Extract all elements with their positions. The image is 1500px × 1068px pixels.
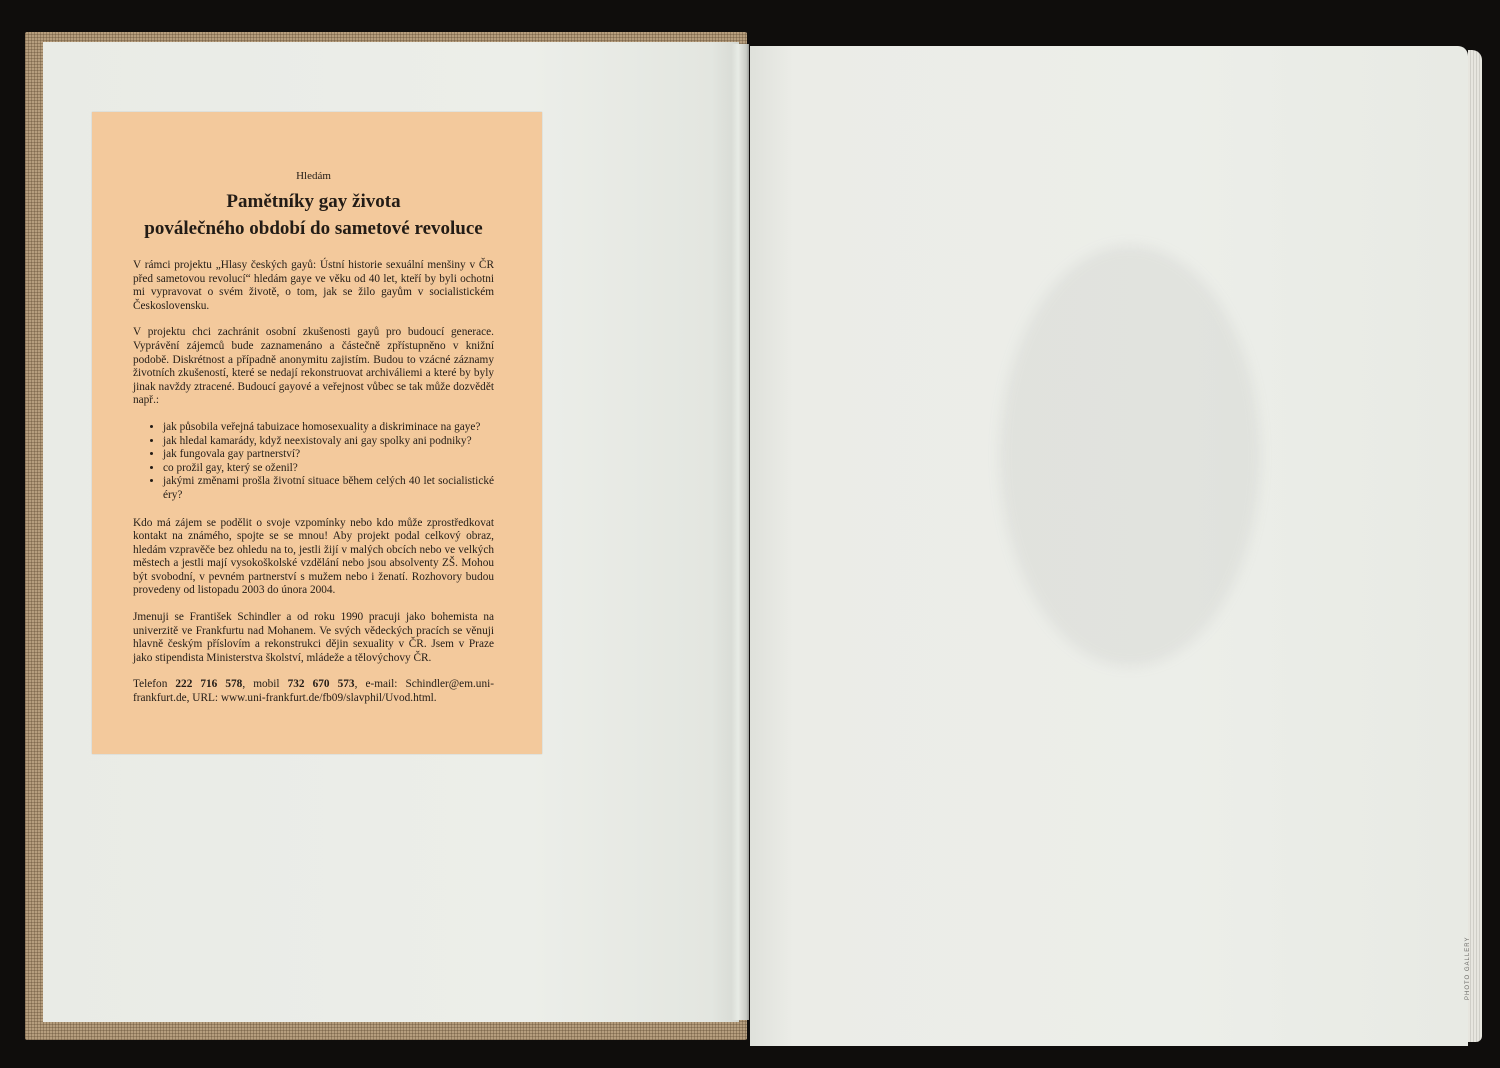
phone-number: 222 716 578 xyxy=(175,678,242,690)
list-item: jak působila veřejná tabuizace homosexua… xyxy=(163,421,494,435)
flyer-title-line1: Pamětníky gay života xyxy=(226,191,400,212)
page-stain xyxy=(1000,246,1260,666)
page-edges xyxy=(1468,50,1482,1042)
flyer-kicker: Hledám xyxy=(133,170,494,182)
edge-stamp: PHOTO GALLERY xyxy=(1465,937,1471,1000)
list-item: jak hledal kamarády, když neexistovaly a… xyxy=(163,435,494,449)
right-page xyxy=(750,46,1468,1046)
list-item: jakými změnami prošla životní situace bě… xyxy=(163,475,494,502)
flyer-title: Pamětníky gay života poválečného období … xyxy=(133,188,494,242)
flyer-paragraph-intro: V rámci projektu „Hlasy českých gayů: Ús… xyxy=(133,259,494,313)
list-item: co prožil gay, který se oženil? xyxy=(163,462,494,476)
url-text: www.uni-frankfurt.de/fb09/slavphil/Uvod.… xyxy=(221,692,437,704)
flyer-title-line2: poválečného období do sametové revoluce xyxy=(144,218,482,239)
phone-label: Telefon xyxy=(133,678,167,690)
flyer-question-list: jak působila veřejná tabuizace homosexua… xyxy=(133,421,494,503)
list-item: jak fungovala gay partnerství? xyxy=(163,448,494,462)
url-label: URL: xyxy=(192,692,218,704)
mobile-label: mobil xyxy=(253,678,279,690)
book-hinge xyxy=(731,44,749,1020)
flyer-contact: Telefon 222 716 578, mobil 732 670 573, … xyxy=(133,678,494,705)
pasted-flyer: Hledám Pamětníky gay života poválečného … xyxy=(92,112,542,754)
flyer-paragraph-project: V projektu chci zachránit osobní zkušeno… xyxy=(133,326,494,408)
mobile-number: 732 670 573 xyxy=(288,678,355,690)
email-label: e-mail: xyxy=(365,678,397,690)
flyer-paragraph-call: Kdo má zájem se podělit o svoje vzpomínk… xyxy=(133,517,494,599)
flyer-paragraph-author: Jmenuji se František Schindler a od roku… xyxy=(133,611,494,665)
